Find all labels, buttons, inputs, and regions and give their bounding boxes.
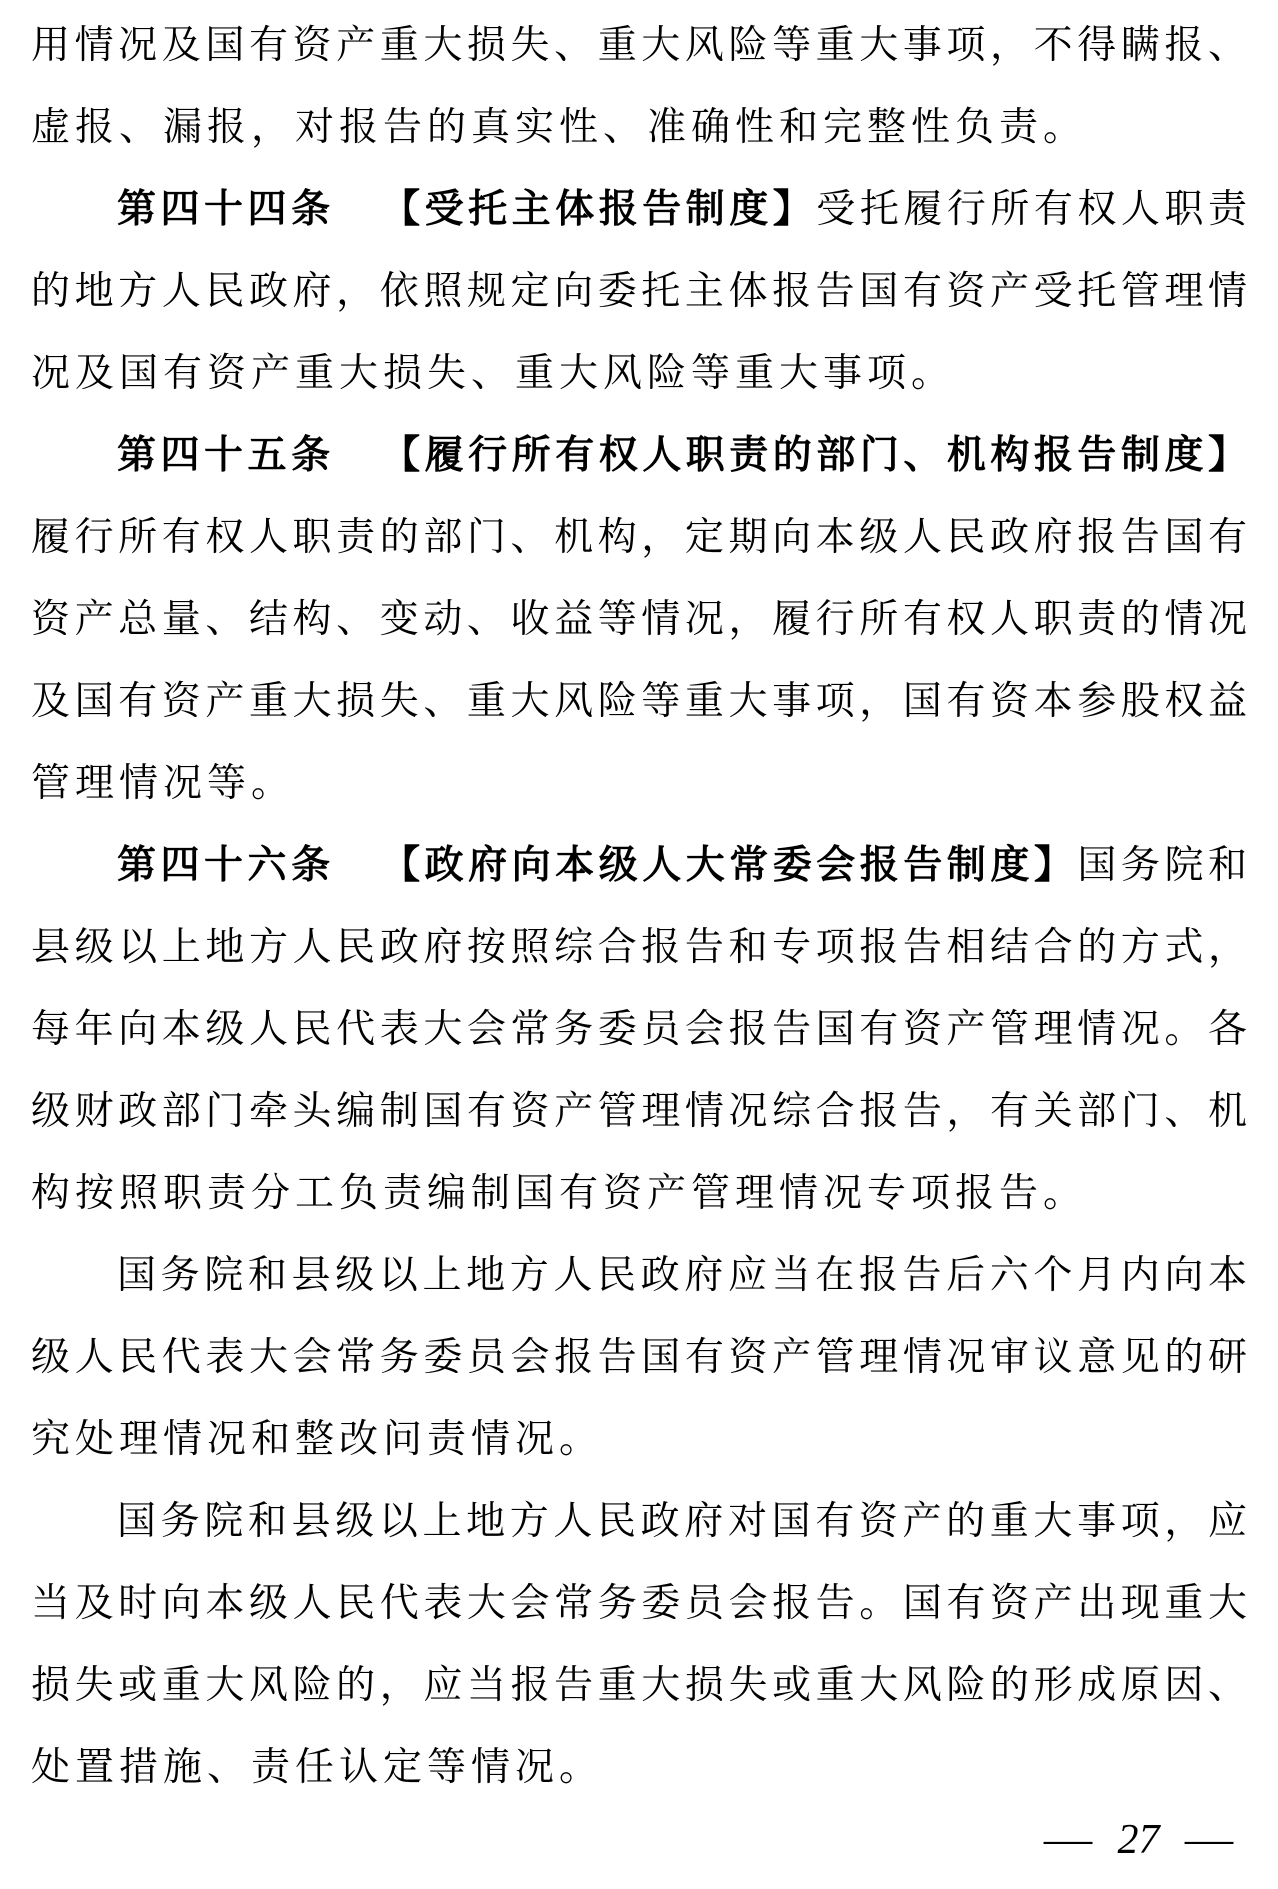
article-heading-text: 第四十四条 — [117, 188, 335, 231]
body-text: 损失或重大风险的，应当报告重大损失或重大风险的形成原因、 — [31, 1664, 1247, 1707]
text-line: 用情况及国有资产重大损失、重大风险等重大事项，不得瞒报、 — [31, 5, 1247, 87]
text-line: 级人民代表大会常务委员会报告国有资产管理情况审议意见的研 — [31, 1317, 1247, 1399]
body-text: 究处理情况和整改问责情况。 — [31, 1418, 603, 1461]
text-line: 损失或重大风险的，应当报告重大损失或重大风险的形成原因、 — [31, 1645, 1247, 1727]
body-text: 的地方人民政府，依照规定向委托主体报告国有资产受托管理情 — [31, 270, 1247, 313]
article-heading-text: 【政府向本级人大常委会报告制度】 — [377, 844, 1078, 887]
text-line: 管理情况等。 — [31, 743, 1247, 825]
text-line: 况及国有资产重大损失、重大风险等重大事项。 — [31, 333, 1247, 415]
body-text: 履行所有权人职责的部门、机构，定期向本级人民政府报告国有 — [31, 516, 1247, 559]
body-text: 况及国有资产重大损失、重大风险等重大事项。 — [31, 352, 955, 395]
heading-gap — [335, 877, 377, 878]
text-line: 及国有资产重大损失、重大风险等重大事项，国有资本参股权益 — [31, 661, 1247, 743]
body-text: 及国有资产重大损失、重大风险等重大事项，国有资本参股权益 — [31, 680, 1247, 723]
body-text: 管理情况等。 — [31, 762, 295, 805]
body-text: 用情况及国有资产重大损失、重大风险等重大事项，不得瞒报、 — [31, 24, 1247, 67]
text-line: 资产总量、结构、变动、收益等情况，履行所有权人职责的情况 — [31, 579, 1247, 661]
page-footer: — 27 — — [1047, 1812, 1230, 1868]
article-heading-text: 第四十六条 — [117, 844, 335, 887]
page-number: 27 — [1118, 1817, 1160, 1863]
text-line: 第四十六条【政府向本级人大常委会报告制度】国务院和 — [31, 825, 1247, 907]
body-text: 县级以上地方人民政府按照综合报告和专项报告相结合的方式， — [31, 926, 1247, 969]
body-text: 受托履行所有权人职责 — [816, 188, 1247, 231]
document-body: 用情况及国有资产重大损失、重大风险等重大事项，不得瞒报、虚报、漏报，对报告的真实… — [31, 5, 1247, 1809]
article-heading-text: 【受托主体报告制度】 — [377, 188, 817, 231]
text-line: 国务院和县级以上地方人民政府对国有资产的重大事项，应 — [31, 1481, 1247, 1563]
body-text: 每年向本级人民代表大会常务委员会报告国有资产管理情况。各 — [31, 1008, 1247, 1051]
body-text: 国务院和 — [1077, 844, 1247, 887]
text-line: 级财政部门牵头编制国有资产管理情况综合报告，有关部门、机 — [31, 1071, 1247, 1153]
footer-dash-right: — — [1185, 1812, 1233, 1868]
text-line: 当及时向本级人民代表大会常务委员会报告。国有资产出现重大 — [31, 1563, 1247, 1645]
text-line: 处置措施、责任认定等情况。 — [31, 1727, 1247, 1809]
footer-dash-left: — — [1044, 1812, 1092, 1868]
text-line: 县级以上地方人民政府按照综合报告和专项报告相结合的方式， — [31, 907, 1247, 989]
text-line: 虚报、漏报，对报告的真实性、准确性和完整性负责。 — [31, 87, 1247, 169]
text-line: 国务院和县级以上地方人民政府应当在报告后六个月内向本 — [31, 1235, 1247, 1317]
text-line: 的地方人民政府，依照规定向委托主体报告国有资产受托管理情 — [31, 251, 1247, 333]
article-heading-text: 【履行所有权人职责的部门、机构报告制度】 — [377, 434, 1247, 477]
body-text: 构按照职责分工负责编制国有资产管理情况专项报告。 — [31, 1172, 1087, 1215]
article-heading-text: 第四十五条 — [117, 434, 335, 477]
body-text: 级人民代表大会常务委员会报告国有资产管理情况审议意见的研 — [31, 1336, 1247, 1379]
document-page: 用情况及国有资产重大损失、重大风险等重大事项，不得瞒报、虚报、漏报，对报告的真实… — [31, 5, 1247, 1809]
body-text: 国务院和县级以上地方人民政府对国有资产的重大事项，应 — [117, 1500, 1247, 1543]
text-line: 履行所有权人职责的部门、机构，定期向本级人民政府报告国有 — [31, 497, 1247, 579]
text-line: 构按照职责分工负责编制国有资产管理情况专项报告。 — [31, 1153, 1247, 1235]
body-text: 国务院和县级以上地方人民政府应当在报告后六个月内向本 — [117, 1254, 1247, 1297]
text-line: 第四十四条【受托主体报告制度】受托履行所有权人职责 — [31, 169, 1247, 251]
text-line: 第四十五条【履行所有权人职责的部门、机构报告制度】 — [31, 415, 1247, 497]
body-text: 虚报、漏报，对报告的真实性、准确性和完整性负责。 — [31, 106, 1087, 149]
body-text: 处置措施、责任认定等情况。 — [31, 1746, 603, 1789]
body-text: 级财政部门牵头编制国有资产管理情况综合报告，有关部门、机 — [31, 1090, 1247, 1133]
heading-gap — [335, 221, 377, 222]
heading-gap — [335, 467, 377, 468]
text-line: 每年向本级人民代表大会常务委员会报告国有资产管理情况。各 — [31, 989, 1247, 1071]
body-text: 资产总量、结构、变动、收益等情况，履行所有权人职责的情况 — [31, 598, 1247, 641]
text-line: 究处理情况和整改问责情况。 — [31, 1399, 1247, 1481]
body-text: 当及时向本级人民代表大会常务委员会报告。国有资产出现重大 — [31, 1582, 1247, 1625]
